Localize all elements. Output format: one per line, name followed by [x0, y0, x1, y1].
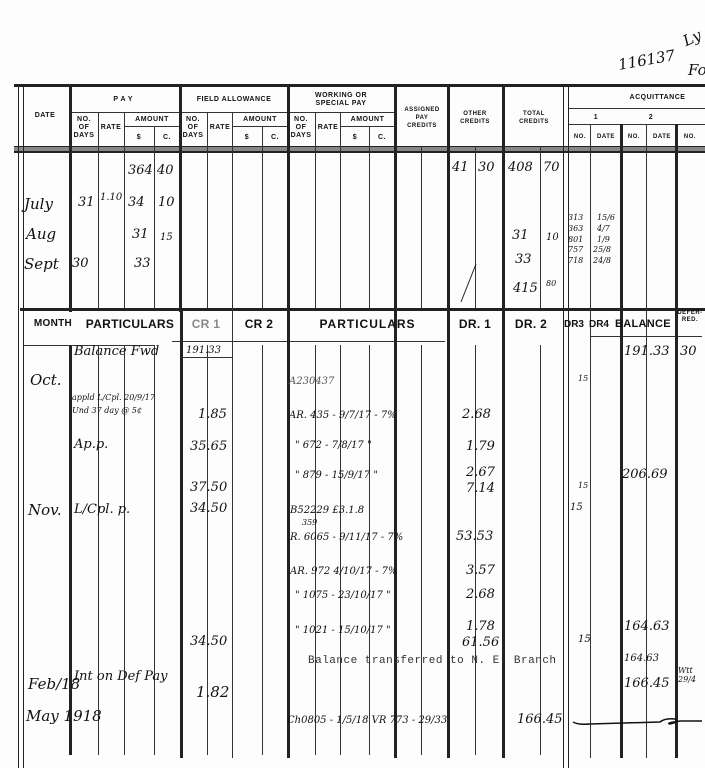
acquittance-no-1: 363 — [568, 224, 583, 233]
working-subheader-line — [288, 112, 395, 113]
acquittance-no-4: 718 — [568, 256, 583, 265]
lower-col-divider — [315, 345, 316, 755]
header-balance: BALANCE — [612, 320, 674, 328]
entry11-balance: 166.45 — [624, 677, 670, 691]
row3-pay-days: 30 — [72, 257, 89, 271]
entry6-dr1: 53.53 — [456, 530, 493, 544]
row3-total-dollars: 33 — [515, 253, 532, 267]
header-dr4: DR4 — [587, 321, 611, 329]
header-acquittance: ACQUITTANCE — [610, 94, 705, 102]
header-working-amount: AMOUNT — [341, 116, 394, 124]
entry1-cr1: 1.85 — [198, 408, 227, 422]
lower-col-divider-cr1 — [180, 308, 183, 758]
lower-col-divider — [421, 345, 422, 755]
acquittance-date-2: 1/9 — [597, 235, 610, 244]
header-working-cents: C. — [370, 134, 394, 142]
acquittance-date-4: 24/8 — [593, 256, 611, 265]
entry12-dr2: 166.45 — [517, 713, 563, 727]
entry9-balance: 164.63 — [624, 620, 670, 634]
upper-header-bottom-border — [14, 146, 705, 153]
header-pay-rate: RATE — [99, 124, 123, 132]
entry11-particulars: Int on Def Pay — [74, 670, 168, 684]
row3-pay-dollars: 33 — [134, 257, 151, 271]
entry8-right-particulars: " 1075 - 23/10/17 " — [295, 590, 391, 601]
header-cr2: CR 2 — [234, 320, 284, 328]
row0-pay-dollars: 364 — [128, 164, 153, 178]
entry5-right-particulars: B52229 £3.1.8 — [290, 505, 364, 516]
grand-total-dollars: 415 — [513, 282, 538, 296]
entry2-cr1: 35.65 — [190, 440, 227, 454]
row1-pay-dollars: 34 — [128, 196, 145, 210]
entry9-dr4: 15 — [578, 634, 591, 645]
corner-annotation-top: Ly — [680, 27, 703, 49]
header-particulars-left: PARTICULARS — [82, 320, 178, 328]
upper-table-top-border — [14, 84, 705, 87]
entry0-particulars: appld L/Cpl. 20/9/17 — [72, 393, 155, 402]
row1-date: July — [24, 196, 53, 212]
row0-other-dollars: 41 — [452, 161, 469, 175]
acquittance-no-3: 757 — [568, 245, 583, 254]
balance-fwd-underline — [180, 357, 232, 358]
entry12-right-particulars: Ch0805 - 1/5/18 VR 773 - 29/33 — [287, 715, 447, 726]
header-acquittance-no-3: NO. — [678, 133, 702, 141]
row1-pay-rate: 1.10 — [100, 192, 122, 203]
header-pay-days: NO. OF DAYS — [71, 116, 97, 140]
lower-col-divider — [154, 345, 155, 755]
col-divider — [620, 124, 623, 308]
balance-fwd-label: Balance Fwd — [74, 345, 159, 359]
acquittance-no-2: 801 — [568, 235, 583, 244]
header-deferred: DEFER-RED. — [676, 310, 704, 324]
col-divider-assigned — [447, 84, 450, 312]
col-divider — [154, 126, 155, 308]
col-divider — [540, 146, 541, 308]
header-dr2: DR. 2 — [506, 320, 556, 328]
header-pay: PAY — [70, 96, 179, 104]
lower-col-divider-dr1 — [447, 308, 450, 758]
entry9-dr1-sub: 61.56 — [462, 636, 499, 650]
acquittance-date-0: 15/6 — [597, 213, 615, 222]
lower-col-divider — [369, 345, 370, 755]
header-working-dollars: $ — [341, 134, 369, 142]
header-field-amount: AMOUNT — [233, 116, 287, 124]
row3-date: Sept — [24, 256, 59, 272]
lower-header-underline-right — [172, 341, 445, 342]
entry4-cr1: 37.50 — [190, 481, 227, 495]
header-pay-amount: AMOUNT — [125, 116, 179, 124]
entry9-right-particulars: " 1021 - 15/10/17 " — [295, 625, 391, 636]
left-border — [18, 84, 24, 768]
entry4-dr4: 15 — [578, 481, 588, 490]
lower-col-divider-cr2 — [232, 308, 233, 758]
row0-total-cents: 70 — [543, 161, 560, 175]
entry0-dr4: 15 — [578, 374, 588, 383]
entry0-month: Oct. — [30, 372, 62, 388]
row0-other-cents: 30 — [478, 161, 495, 175]
col-divider-other — [502, 84, 505, 312]
ledger-page: 116137 Ly Fo DATE PAY NO. OF DAYS RATE A… — [0, 0, 705, 768]
entry1-particulars: Und 37 day @ 5¢ — [72, 406, 142, 415]
entry8-dr1: 2.68 — [466, 588, 495, 602]
col-divider-total — [563, 84, 569, 768]
entry10-balance: 164.63 — [624, 653, 659, 664]
entry7-right-particulars: AR. 972 4/10/17 - 7% — [290, 566, 398, 577]
row2-total-dollars: 31 — [512, 229, 529, 243]
col-divider — [675, 124, 678, 308]
header-cr1: CR 1 — [182, 320, 230, 328]
row1-pay-cents: 10 — [158, 196, 175, 210]
balance-fwd-deferred: 30 — [680, 345, 697, 359]
closing-flourish-line — [570, 710, 705, 730]
header-field-days: NO. OF DAYS — [180, 116, 206, 140]
entry5-particulars: L/Cpl. p. — [74, 503, 130, 517]
header-field-rate: RATE — [208, 124, 232, 132]
header-acquittance-no-1: NO. — [569, 133, 591, 141]
col-divider — [98, 112, 99, 308]
header-working-days: NO. OF DAYS — [288, 116, 314, 140]
entry5-cr1: 34.50 — [190, 502, 227, 516]
entry2-right-particulars: " 672 - 7/8/17 " — [295, 440, 372, 451]
header-working-pay: WORKING OR SPECIAL PAY — [300, 92, 382, 108]
row0-pay-cents: 40 — [157, 164, 174, 178]
lower-col-divider-balance — [620, 308, 623, 758]
pen-stroke-mark — [458, 262, 478, 304]
col-divider — [262, 126, 263, 308]
acquittance-date-3: 25/8 — [593, 245, 611, 254]
entry11-month: Feb/18 — [28, 676, 80, 692]
header-assigned-pay-credits: ASSIGNED PAY CREDITS — [400, 106, 444, 130]
balance-fwd-balance: 191.33 — [624, 345, 670, 359]
lower-col-divider — [540, 345, 541, 755]
serial-number: 116137 — [617, 47, 676, 73]
entry1-dr1: 2.68 — [462, 408, 491, 422]
header-month: MONTH — [28, 320, 78, 328]
row2-pay-cents: 15 — [160, 232, 173, 243]
col-divider-working — [394, 84, 397, 312]
entry10-cr1: 34.50 — [190, 635, 227, 649]
entry5-dr4: 15 — [570, 502, 583, 513]
entry11-cr1: 1.82 — [196, 684, 229, 700]
entry11-deferred: Wtt 29/4 — [678, 666, 704, 684]
entry5-month: Nov. — [28, 502, 62, 518]
header-other-credits: OTHER CREDITS — [452, 110, 498, 126]
col-divider — [421, 146, 422, 308]
entry6-right-particulars: R. 6065 - 9/11/17 - 7% — [290, 532, 403, 543]
entry9-dr1: 1.78 — [466, 620, 495, 634]
col-divider — [646, 124, 647, 308]
entry4-balance: 206.69 — [622, 468, 668, 482]
acquittance-no-0: 313 — [568, 213, 583, 222]
row0-total-dollars: 408 — [508, 161, 533, 175]
col-divider — [315, 112, 316, 308]
entry3-right-particulars: " 879 - 15/9/17 " — [295, 470, 378, 481]
header-field-dollars: $ — [233, 134, 261, 142]
lower-col-divider — [340, 345, 341, 755]
header-working-rate: RATE — [316, 124, 340, 132]
header-dr1: DR. 1 — [450, 320, 500, 328]
entry7-dr1: 3.57 — [466, 564, 495, 578]
entry12-month: May 1918 — [26, 708, 102, 724]
amount-line-pay — [124, 126, 180, 127]
row2-date: Aug — [26, 226, 56, 242]
header-acquittance-date-1: DATE — [592, 133, 620, 141]
lower-col-divider-deferred — [675, 308, 678, 758]
lower-col-divider — [262, 345, 263, 755]
header-acquittance-group-2: 2 — [645, 114, 657, 122]
header-acquittance-group-1: 1 — [590, 114, 602, 122]
balance-fwd-cr1: 191.33 — [186, 345, 221, 356]
col-divider — [369, 126, 370, 308]
header-field-allowance: FIELD ALLOWANCE — [181, 96, 287, 104]
header-field-cents: C. — [263, 134, 287, 142]
entry1-right-particulars: AR. 435 - 9/7/17 - 7% — [289, 410, 397, 421]
corner-annotation-bottom: Fo — [688, 62, 705, 78]
entry2-dr1: 1.79 — [466, 440, 495, 454]
amount-line-working — [340, 126, 395, 127]
amount-line-field — [232, 126, 288, 127]
header-pay-dollars: $ — [125, 134, 153, 142]
acquittance-date-1: 4/7 — [597, 224, 610, 233]
header-pay-cents: C. — [155, 134, 179, 142]
row1-pay-days: 31 — [78, 196, 95, 210]
entry3-dr1: 2.67 — [466, 466, 495, 480]
entry2-particulars: Ap.p. — [74, 438, 108, 452]
entry6-sup: 359 — [302, 518, 317, 527]
row2-total-cents: 10 — [546, 232, 559, 243]
header-total-credits: TOTAL CREDITS — [508, 110, 560, 126]
header-acquittance-date-2: DATE — [648, 133, 676, 141]
grand-total-cents: 80 — [546, 279, 556, 288]
header-acquittance-no-2: NO. — [622, 133, 646, 141]
acquittance-subheader-line — [569, 108, 705, 109]
row2-pay-dollars: 31 — [132, 228, 149, 242]
upper-table-bottom-border — [20, 308, 705, 311]
lower-col-divider-dr4 — [590, 308, 591, 758]
entry0-right-particulars: A230437 — [289, 376, 334, 387]
lower-col-divider-dr2 — [502, 308, 505, 758]
balance-transferred-note: Balance transferred to N. E. Branch — [308, 655, 557, 667]
header-dr3: DR3 — [562, 321, 586, 329]
header-particulars-right: PARTICULARS — [300, 320, 435, 328]
header-date: DATE — [22, 112, 68, 120]
entry3-dr1-sub: 7.14 — [466, 482, 495, 496]
col-divider — [207, 112, 208, 308]
col-divider — [590, 124, 591, 308]
